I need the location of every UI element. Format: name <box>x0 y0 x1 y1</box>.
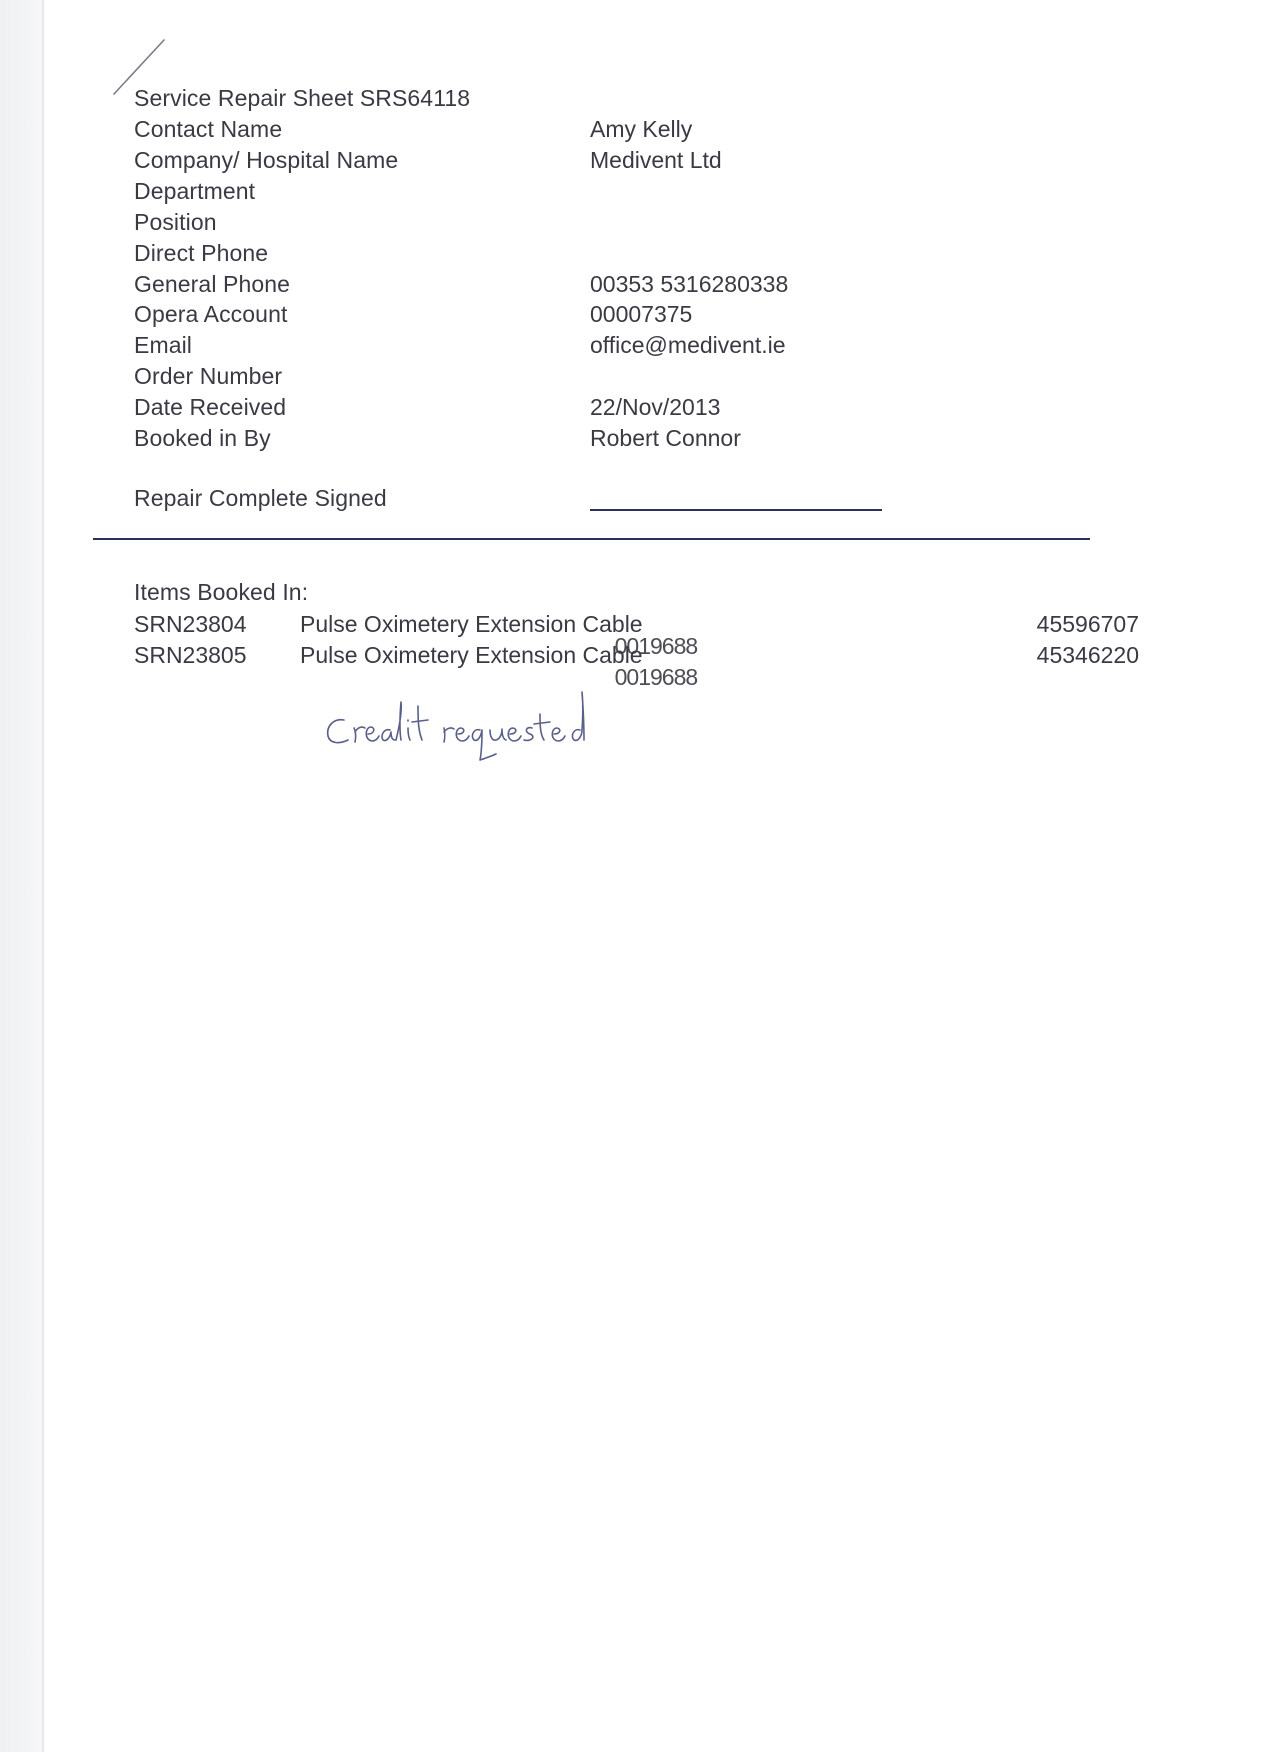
item-serial-number: 45346220 <box>1037 641 1139 669</box>
field-value: office@medivent.ie <box>590 331 786 359</box>
field-label: Contact Name <box>134 115 282 143</box>
field-label: Email <box>134 331 192 359</box>
field-label: General Phone <box>134 270 290 298</box>
field-value: 22/Nov/2013 <box>590 393 720 421</box>
field-label: Order Number <box>134 362 282 390</box>
section-divider <box>93 538 1090 540</box>
repair-complete-signed-label: Repair Complete Signed <box>134 484 387 512</box>
document-title: Service Repair Sheet SRS64118 <box>134 84 470 112</box>
item-srn: SRN23805 <box>134 641 247 669</box>
field-label: Date Received <box>134 393 286 421</box>
item-serial-number: 45596707 <box>1037 610 1139 638</box>
field-label: Position <box>134 208 217 236</box>
signature-line <box>590 509 882 511</box>
item-srn: SRN23804 <box>134 610 247 638</box>
item-description-cell: Pulse Oximetery Extension Cable0019688 <box>300 610 643 638</box>
field-value: Medivent Ltd <box>590 146 722 174</box>
field-label: Booked in By <box>134 424 271 452</box>
field-label: Opera Account <box>134 300 287 328</box>
item-description-cell: Pulse Oximetery Extension Cable0019688 <box>300 641 643 669</box>
field-value: Amy Kelly <box>590 115 692 143</box>
field-label: Department <box>134 177 255 205</box>
handwritten-note-credit-requested: Credit requested <box>318 684 608 768</box>
items-heading: Items Booked In: <box>134 578 308 606</box>
field-label: Direct Phone <box>134 239 268 267</box>
field-label: Company/ Hospital Name <box>134 146 398 174</box>
scan-edge <box>0 0 44 1752</box>
item-description: Pulse Oximetery Extension Cable <box>300 642 643 668</box>
field-value: 00353 5316280338 <box>590 270 788 298</box>
field-value: Robert Connor <box>590 424 741 452</box>
item-description: Pulse Oximetery Extension Cable <box>300 611 643 637</box>
item-part-code: 0019688 <box>615 663 698 691</box>
field-value: 00007375 <box>590 300 692 328</box>
